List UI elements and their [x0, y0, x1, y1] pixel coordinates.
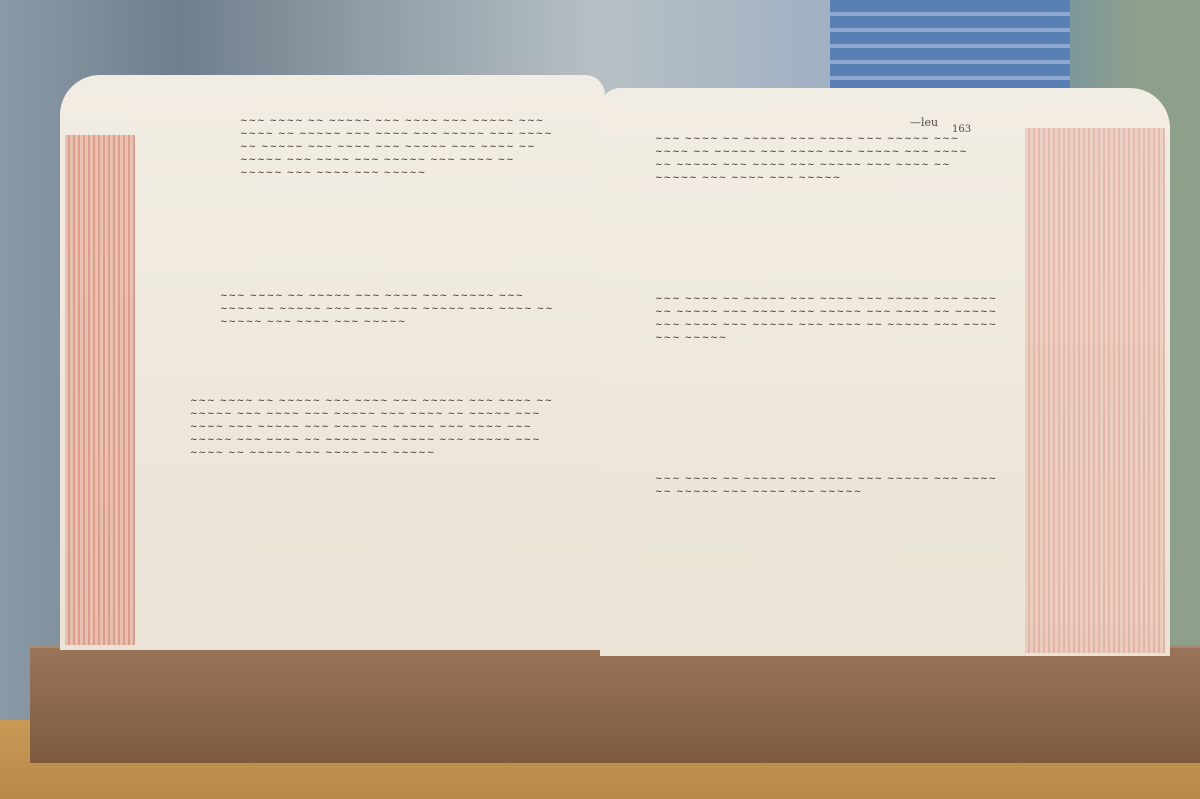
- left-page-edge: [65, 135, 135, 645]
- right-page-edge: [1025, 128, 1165, 653]
- right-page: —leu 163 ~~~ ~~~~ ~~ ~~~~~ ~~~ ~~~~ ~~~ …: [600, 88, 1170, 656]
- right-text-block-3: ~~~ ~~~~ ~~ ~~~~~ ~~~ ~~~~ ~~~ ~~~~~ ~~~…: [655, 473, 1015, 533]
- right-text-block-2: ~~~ ~~~~ ~~ ~~~~~ ~~~ ~~~~ ~~~ ~~~~~ ~~~…: [655, 293, 1005, 443]
- left-text-block-1: ~~~ ~~~~ ~~ ~~~~~ ~~~ ~~~~ ~~~ ~~~~~ ~~~…: [240, 115, 560, 275]
- left-page: ~~~ ~~~~ ~~ ~~~~~ ~~~ ~~~~ ~~~ ~~~~~ ~~~…: [60, 75, 605, 650]
- book-stand: [30, 645, 1200, 763]
- left-text-block-3: ~~~ ~~~~ ~~ ~~~~~ ~~~ ~~~~ ~~~ ~~~~~ ~~~…: [190, 395, 560, 585]
- margin-note: —leu: [910, 116, 938, 129]
- left-text-block-2: ~~~ ~~~~ ~~ ~~~~~ ~~~ ~~~~ ~~~ ~~~~~ ~~~…: [220, 290, 560, 390]
- right-text-block-1: ~~~ ~~~~ ~~ ~~~~~ ~~~ ~~~~ ~~~ ~~~~~ ~~~…: [655, 133, 985, 263]
